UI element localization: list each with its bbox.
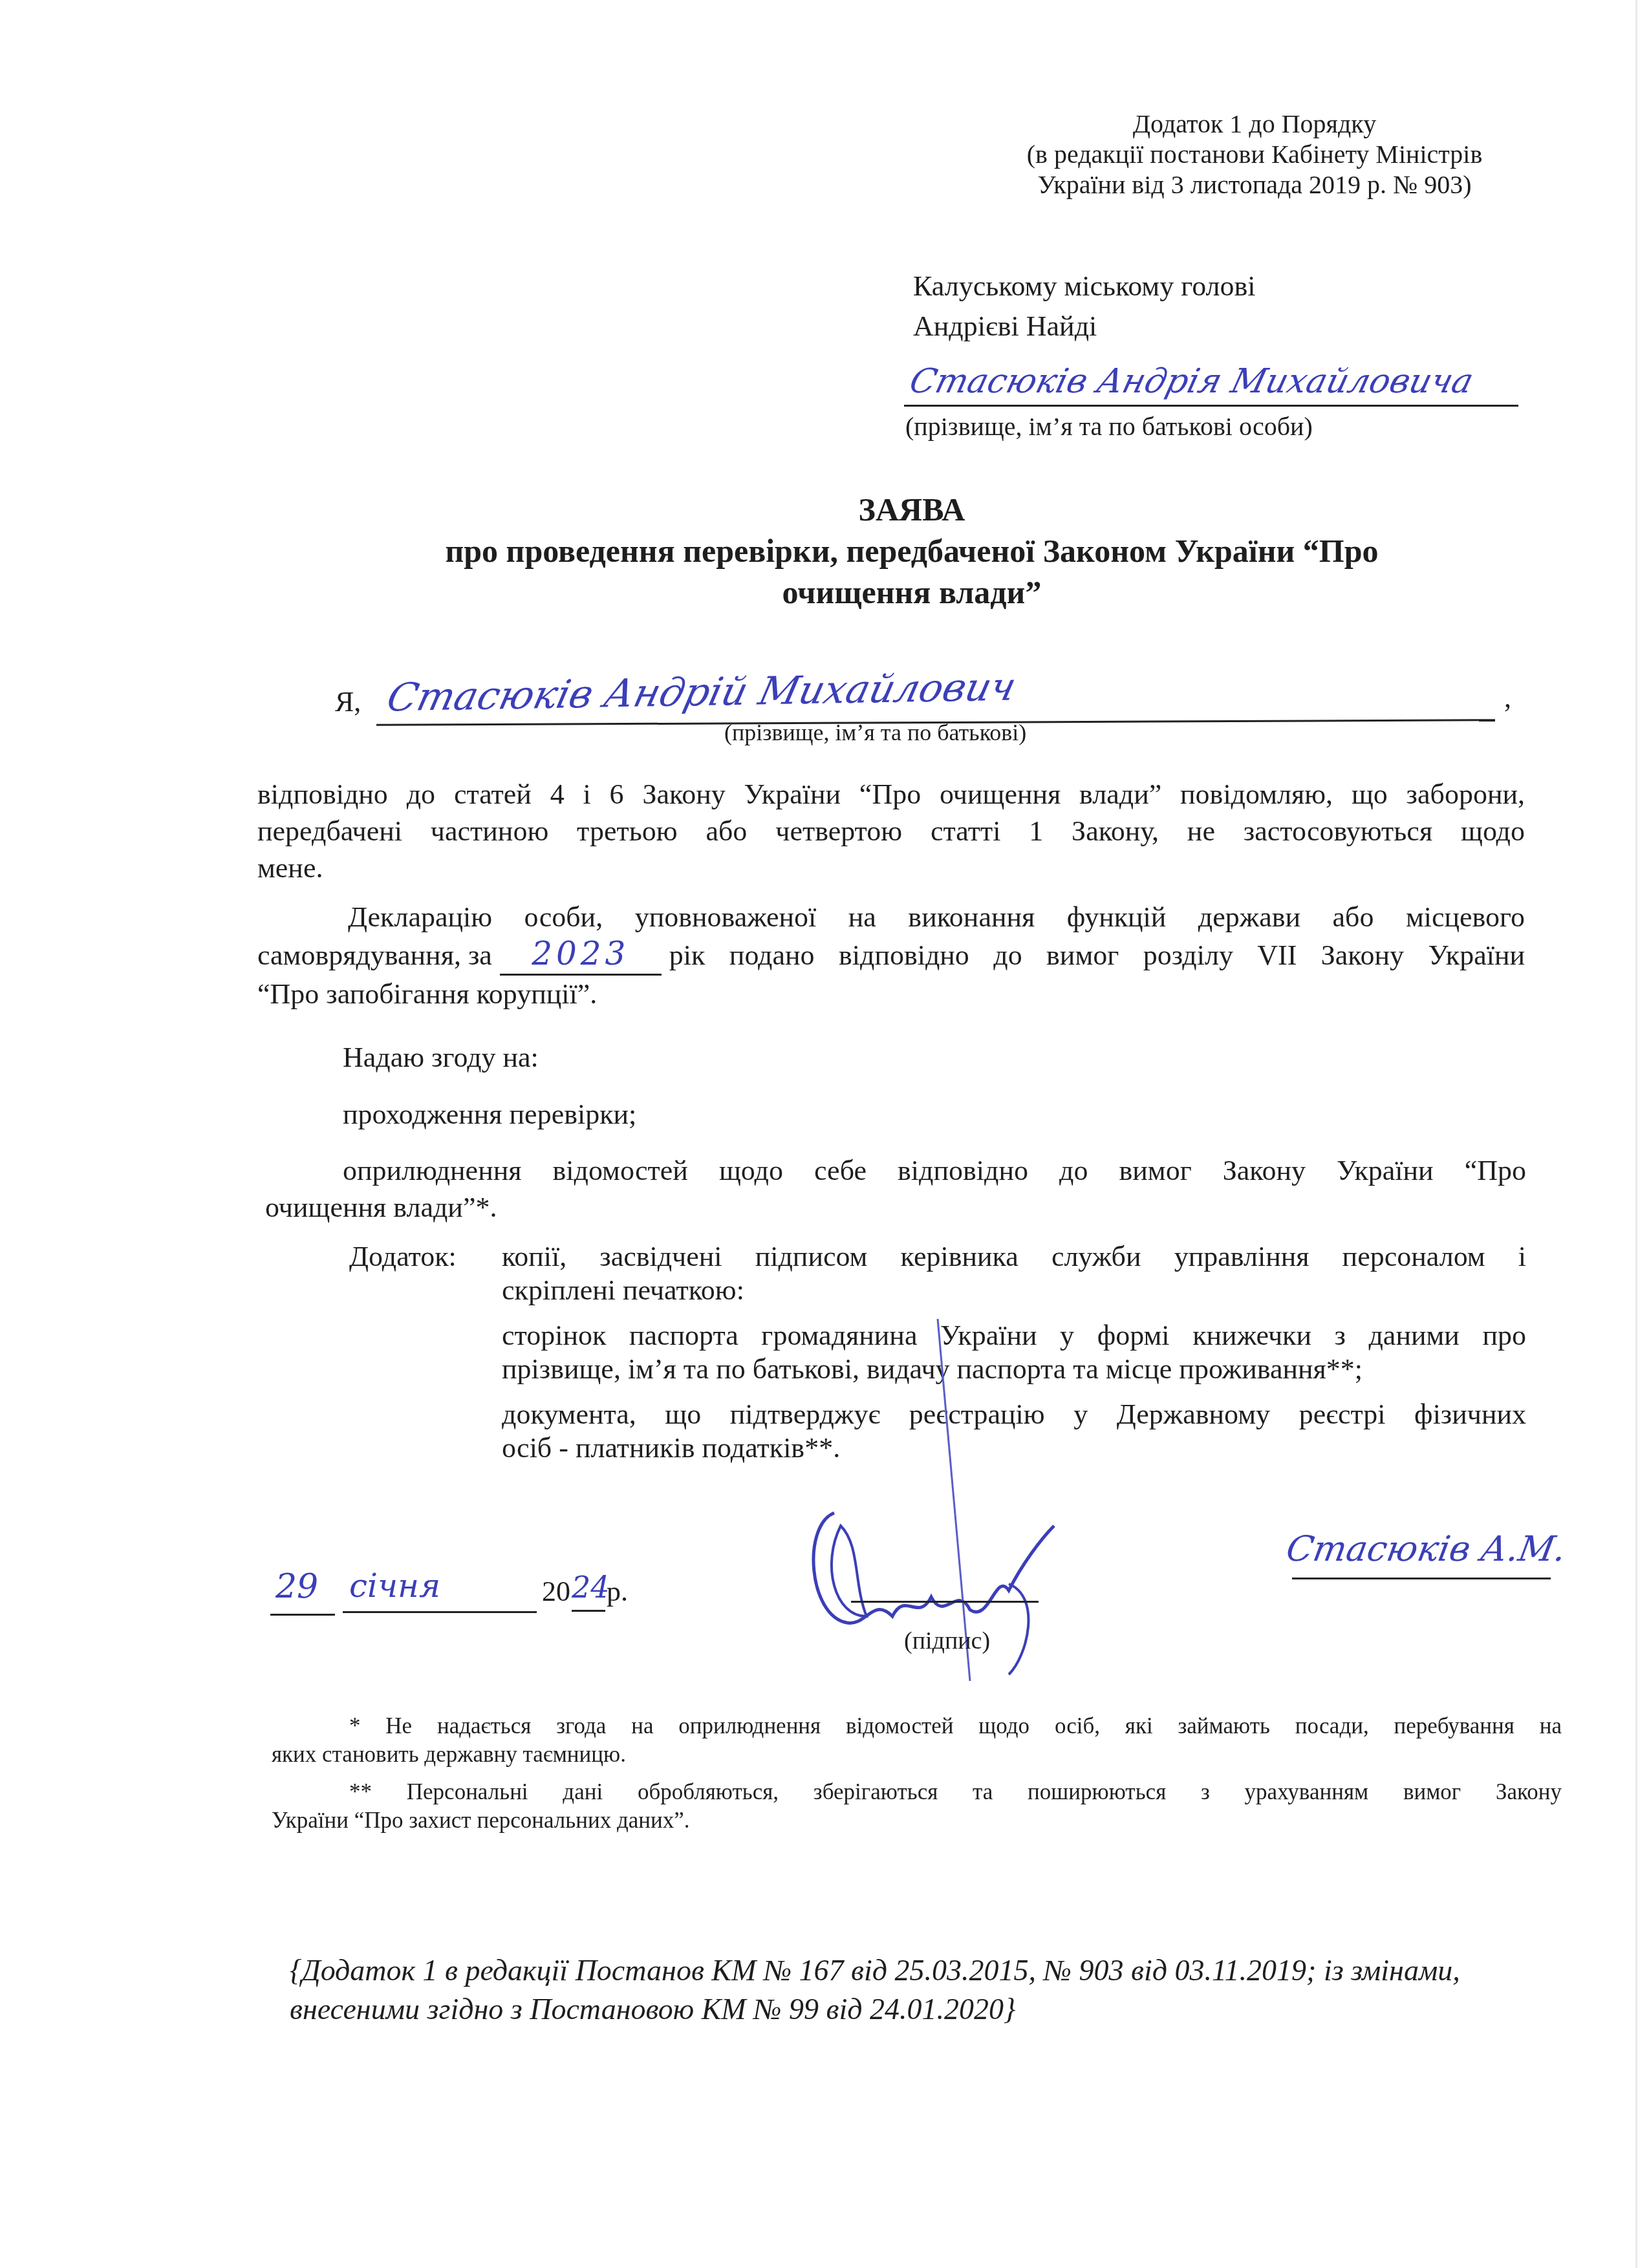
signature-underline xyxy=(851,1601,1039,1603)
applicant-handwritten-name: Стасюків Андрія Михайловича xyxy=(906,362,1478,401)
appendix-line-3: України від 3 листопада 2019 р. № 903) xyxy=(996,169,1513,200)
para2-line-2-end: рік подано відповідно до вимог розділу V… xyxy=(669,937,1525,974)
addressee-name-underline xyxy=(904,405,1518,407)
paragraph-declaration: Декларацію особи, уповноваженої на викон… xyxy=(257,899,1525,1012)
date-year-field[interactable]: 24 xyxy=(572,1565,605,1612)
appendix-line-2: (в редакції постанови Кабінету Міністрів xyxy=(996,139,1513,169)
appendix-header: Додаток 1 до Порядку (в редакції постано… xyxy=(996,109,1513,200)
declaration-year-field[interactable]: 2023 xyxy=(500,936,662,976)
para2-line-2-start: самоврядування, за xyxy=(257,937,492,974)
name-comma: , xyxy=(1504,681,1511,716)
footnote-2-line-1: ** Персональні дані обробляються, зберіг… xyxy=(272,1778,1562,1806)
editorial-note-line-1: {Додаток 1 в редакції Постанов КМ № 167 … xyxy=(290,1951,1570,1990)
printed-name-underline xyxy=(1292,1578,1551,1579)
ya-prefix: Я, xyxy=(335,685,361,720)
attachment-item1-line-1: копії, засвідчені підписом керівника слу… xyxy=(502,1240,1526,1274)
addressee-field-caption: (прізвище, ім’я та по батькові особи) xyxy=(905,411,1313,442)
signature-caption: (підпис) xyxy=(904,1627,990,1655)
attachment-label: Додаток: xyxy=(349,1240,457,1274)
consent-item2-line-1: оприлюднення відомостей щодо себе відпов… xyxy=(265,1152,1526,1189)
applicant-name-handwritten: Стасюків Андрій Михайлович xyxy=(383,665,1020,721)
date-month-handwritten: січня xyxy=(349,1567,440,1605)
date-day-field[interactable]: 29 xyxy=(270,1565,335,1616)
declaration-year-handwritten: 2023 xyxy=(532,935,629,972)
consent-item2-line-2: очищення влади”*. xyxy=(265,1189,1526,1226)
para2-line-2: самоврядування, за 2023 рік подано відпо… xyxy=(257,936,1525,976)
scan-edge xyxy=(1635,0,1637,2268)
para2-line-3: “Про запобігання корупції”. xyxy=(257,976,1525,1012)
para1-line-3: мене. xyxy=(257,850,1525,886)
date-year-end: р. xyxy=(607,1575,628,1609)
attachment-list: копії, засвідчені підписом керівника слу… xyxy=(502,1240,1526,1465)
addressee-line-2: Андрієві Найді xyxy=(913,306,1256,347)
footnote-1-line-2: яких становить державну таємницю. xyxy=(272,1740,1562,1769)
paragraph-bans: відповідно до статей 4 і 6 Закону Україн… xyxy=(257,776,1525,886)
attachment-item1-line-2: скріплені печаткою: xyxy=(502,1274,1526,1307)
para1-line-2: передбачені частиною третьою або четверт… xyxy=(257,813,1525,850)
addressee-line-1: Калуському міському голові xyxy=(913,266,1256,306)
date-month-field[interactable]: січня xyxy=(343,1565,537,1613)
attachment-item2-line-1: сторінок паспорта громадянина України у … xyxy=(502,1319,1526,1353)
addressee-block: Калуському міському голові Андрієві Найд… xyxy=(913,266,1256,347)
appendix-line-1: Додаток 1 до Порядку xyxy=(996,109,1513,139)
attachment-item3-line-2: осіб - платників податків**. xyxy=(502,1431,1526,1465)
attachment-item2-line-2: прізвище, ім’я та по батькові, видачу па… xyxy=(502,1353,1526,1386)
title-subtitle-line-1: про проведення перевірки, передбаченої З… xyxy=(323,530,1500,572)
date-year-handwritten: 24 xyxy=(572,1570,610,1605)
document-title: ЗАЯВА про проведення перевірки, передбач… xyxy=(323,489,1500,613)
footnotes: * Не надається згода на оприлюднення від… xyxy=(272,1712,1562,1835)
footnote-1-line-1: * Не надається згода на оприлюднення від… xyxy=(272,1712,1562,1740)
attachment-item3-line-1: документа, що підтверджує реєстрацію у Д… xyxy=(502,1398,1526,1431)
editorial-note-line-2: внесеними згідно з Постановою КМ № 99 ві… xyxy=(290,1990,1570,2029)
title-main: ЗАЯВА xyxy=(323,489,1500,530)
consent-item-verification: проходження перевірки; xyxy=(343,1098,636,1132)
footnote-2-line-2: України “Про захист персональних даних”. xyxy=(272,1806,1562,1835)
consent-intro: Надаю згоду на: xyxy=(343,1041,539,1075)
addressee-name-field[interactable]: Стасюків Андрія Михайловича xyxy=(904,362,1525,407)
applicant-name-field[interactable]: Стасюків Андрій Михайлович xyxy=(376,666,1502,724)
para1-line-1: відповідно до статей 4 і 6 Закону Україн… xyxy=(257,776,1525,813)
date-field: 29 січня 20 24 р. xyxy=(270,1565,671,1616)
printed-name-handwritten: Стасюків А.М. xyxy=(1283,1528,1569,1569)
date-day-handwritten: 29 xyxy=(275,1567,318,1606)
applicant-name-caption: (прізвище, ім’я та по батькові) xyxy=(724,719,1026,746)
printed-name-field[interactable]: Стасюків А.М. xyxy=(1287,1519,1558,1578)
consent-item-publication: оприлюднення відомостей щодо себе відпов… xyxy=(265,1152,1526,1226)
para2-line-1: Декларацію особи, уповноваженої на викон… xyxy=(257,899,1525,936)
editorial-note: {Додаток 1 в редакції Постанов КМ № 167 … xyxy=(290,1951,1570,2029)
date-year-prefix: 20 xyxy=(542,1575,570,1609)
title-subtitle-line-2: очищення влади” xyxy=(323,572,1500,613)
